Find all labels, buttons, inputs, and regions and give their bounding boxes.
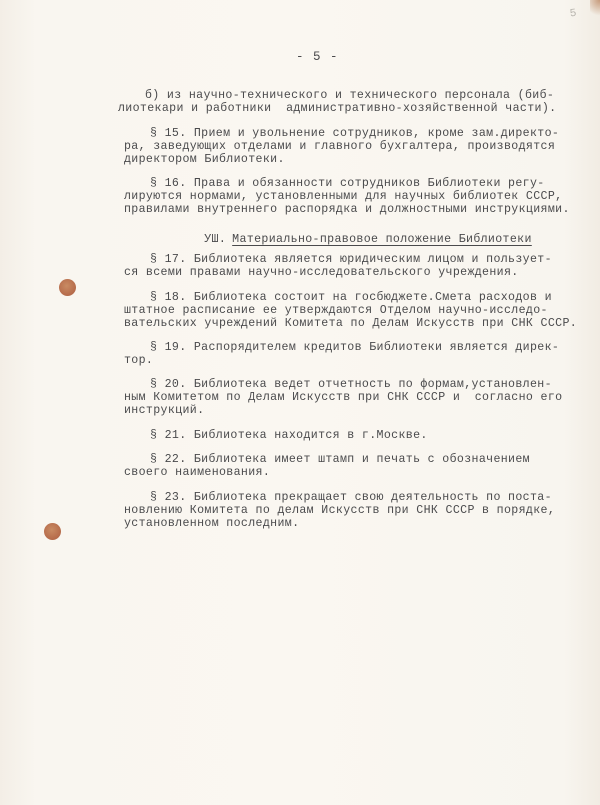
corner-page-mark: 5	[569, 8, 577, 21]
section-21-line-1: § 21. Библиотека находится в г.Москве.	[150, 428, 428, 443]
page-corner-shadow	[590, 0, 600, 20]
section-16-line-3: правилами внутреннего распорядка и должн…	[124, 202, 570, 217]
section-20-line-3: инструкций.	[124, 403, 204, 418]
punch-hole-icon	[59, 279, 76, 296]
section-17-line-2: ся всеми правами научно-исследовательско…	[124, 265, 519, 280]
section-19-line-2: тор.	[124, 353, 153, 368]
section-19-line-1: § 19. Распорядителем кредитов Библиотеки…	[150, 340, 559, 355]
section-15-line-3: директором Библиотеки.	[124, 152, 285, 167]
section-22-line-2: своего наименования.	[124, 465, 270, 480]
section-number: УШ.	[204, 233, 226, 246]
punch-hole-icon	[44, 523, 61, 540]
section-title: Материально-правовое положение Библиотек…	[232, 233, 532, 246]
section-23-line-3: установленном последним.	[124, 516, 299, 531]
section-18-line-3: вательских учреждений Комитета по Делам …	[124, 316, 577, 331]
paragraph-b-line-2: лиотекари и работники административно-хо…	[118, 101, 556, 116]
page-number: - 5 -	[296, 50, 339, 64]
document-page: 5 - 5 - б) из научно-технического и техн…	[0, 0, 600, 805]
